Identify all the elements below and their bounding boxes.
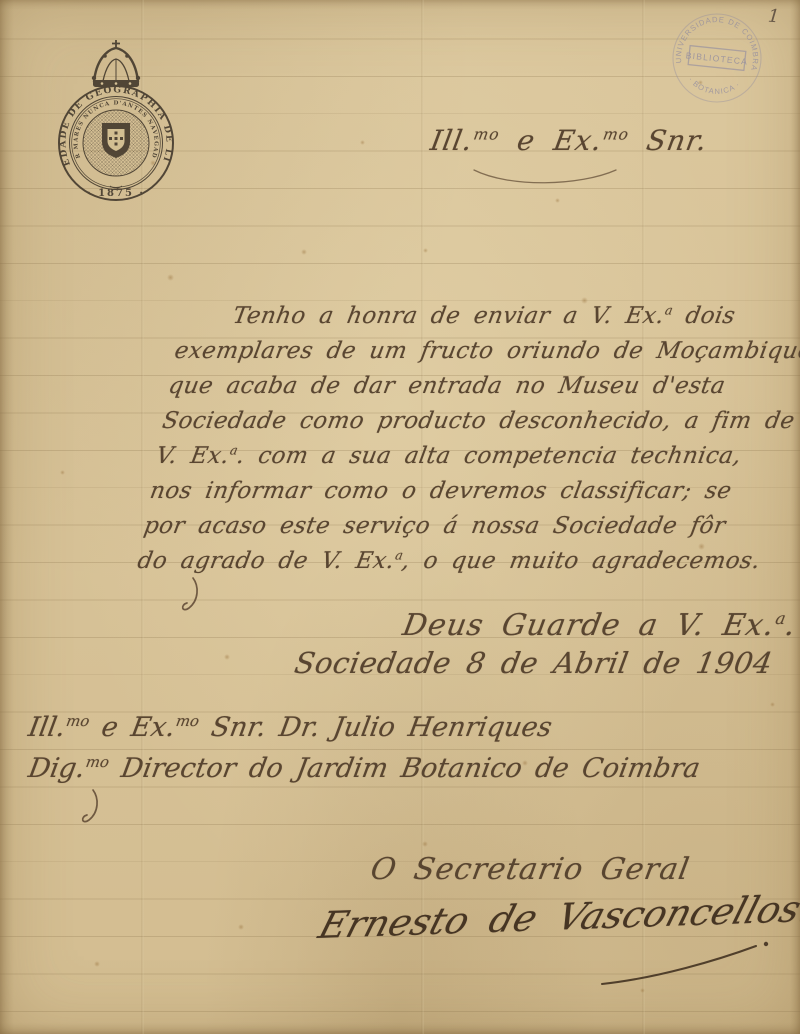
salutation: Ill.mo e Ex.mo Snr.: [428, 124, 710, 157]
body-line-4: Sociedade como producto desconhecido, a …: [159, 408, 800, 443]
body-line-8: do agrado de V. Ex.a, o que muito agrade…: [134, 548, 777, 583]
age-spot: [360, 140, 365, 145]
seal-year-text: · 1875 ·: [87, 188, 145, 199]
signature-title: O Secretario Geral: [368, 852, 693, 887]
age-spot: [238, 924, 244, 930]
page-number: 1: [767, 6, 780, 28]
age-spot: [224, 654, 230, 660]
salutation-flourish: [470, 166, 620, 192]
body-line-5: V. Ex.a. com a sua alta competencia tech…: [153, 443, 796, 478]
letter-page: SOCIEDADE DE GEOGRAPHIA DE LISBOA POR MA…: [0, 0, 800, 1034]
age-spot: [301, 249, 307, 255]
age-spot: [423, 248, 428, 253]
addressee-line-1: Ill.mo e Ex.mo Snr. Dr. Julio Henriques: [26, 712, 554, 743]
body-line-6: nos informar como o devremos classificar…: [146, 478, 789, 513]
age-spot: [422, 841, 428, 847]
pen-flourish: [78, 788, 104, 828]
addressee-line-2: Dig.mo Director do Jardim Botanico de Co…: [26, 753, 702, 784]
dateline: Sociedade 8 de Abril de 1904: [292, 646, 775, 680]
pen-flourish: [178, 576, 204, 616]
age-spot: [167, 274, 174, 281]
body-line-2: exemplares de um fructo oriundo de Moçam…: [171, 338, 800, 373]
body-line-7: por acaso este serviço á nossa Sociedade…: [140, 513, 783, 548]
crown-icon: [92, 40, 140, 87]
signature-flourish: [598, 938, 778, 990]
body-line-3: que acaba de dar entrada no Museu d'esta: [165, 373, 800, 408]
age-spot: [94, 961, 100, 967]
age-spot: [770, 702, 775, 707]
stamp-center-text: BIBLIOTECA: [685, 50, 748, 66]
library-stamp-icon: UNIVERSIDADE DE COIMBRA · BOTANICA · BIB…: [667, 8, 767, 108]
age-spot: [60, 470, 65, 475]
age-spot: [555, 198, 560, 203]
letter-body: Tenho a honra de enviar a V. Ex.a dois e…: [134, 303, 800, 583]
body-line-1: Tenho a honra de enviar a V. Ex.a dois: [177, 303, 800, 338]
valediction: Deus Guarde a V. Ex.a.: [400, 608, 799, 643]
society-seal-icon: SOCIEDADE DE GEOGRAPHIA DE LISBOA POR MA…: [46, 36, 186, 204]
